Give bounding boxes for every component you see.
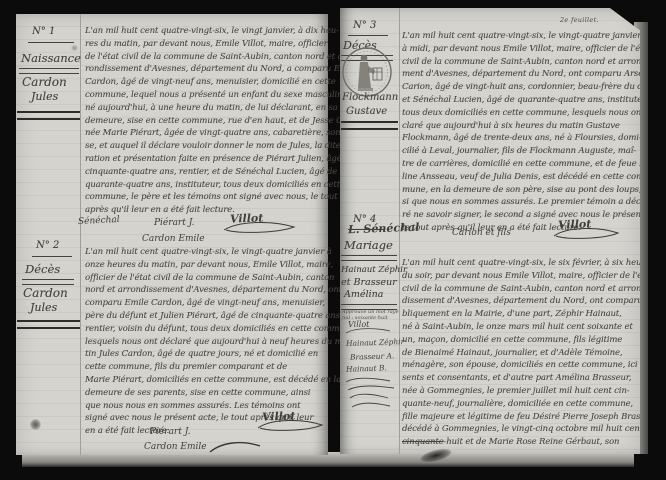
- act3-margin-number: N° 3: [353, 20, 376, 31]
- act1-number-underline: [28, 42, 74, 43]
- act-line: line Ansseau, veuf de Julia Denis, est d…: [402, 171, 638, 184]
- act3-signature-carion: Carion et fils: [452, 228, 511, 238]
- act-line: comparu Emile Cardon, âgé de vingt-neuf …: [85, 297, 327, 310]
- act-line: Carion, âgé de vingt-huit ans, cordonnie…: [402, 81, 638, 94]
- act4-margin-name2: et Brasseur: [341, 277, 397, 288]
- act4-margin-name1: Hainaut Zéphir: [341, 265, 407, 275]
- act-line: fille majeure et légitime de feu Désiré …: [402, 411, 638, 424]
- act4-margin-signature-hainaut-z: Hainaut Zéphir: [346, 337, 404, 348]
- act-line: civil de la commune de Saint-Aubin, cant…: [402, 56, 638, 69]
- right-page: 2e feuillet. N° 3 Décès Flockmann Gustav…: [340, 8, 640, 454]
- act-line: Cardon, âgé de vingt-neuf ans, menuisier…: [85, 76, 327, 89]
- act-line: nord et arrondissement d'Avesnes, départ…: [85, 284, 327, 297]
- act4-number-underline: [348, 229, 384, 230]
- act-line: lesquels nous ont déclaré que aujourd'hu…: [85, 336, 327, 349]
- signature-flourish-icon: [344, 328, 392, 336]
- act-line: tin Jules Cardon, âgé de quatre jours, n…: [85, 348, 327, 361]
- act2-number-underline: [32, 256, 72, 257]
- act4-margin-type: Mariage: [344, 238, 393, 252]
- act-line: et Sénéchal Lucien, âgé de quarante-quat…: [402, 94, 638, 107]
- act-line: claré que aujourd'hui à six heures du ma…: [402, 120, 638, 133]
- margin-column-rule: [80, 14, 81, 455]
- act-line: ment d'Avesnes, département du Nord, ont…: [402, 68, 638, 81]
- act4-text: L'an mil huit cent quatre-vingt-six, le …: [402, 257, 638, 436]
- act2-margin-closing-rule: [17, 320, 80, 329]
- act-line: ration et présentation faite en présence…: [85, 153, 327, 166]
- act-line: officier de l'état civil de la commune d…: [85, 272, 327, 285]
- act1-type-underline: [19, 68, 79, 74]
- act-line: Marie Piérart, domiciliés en cette commu…: [85, 374, 327, 387]
- act-line: père du défunt et Julien Piérart, âgé de…: [85, 310, 327, 323]
- left-page: N° 1 Naissance Cardon Jules L'an mil hui…: [16, 14, 328, 455]
- act3-margin-name1: Flockmann: [342, 92, 398, 103]
- act2-margin-type: Décès: [25, 262, 60, 276]
- act-line: mune, en la demeure de son père, sise au…: [402, 184, 638, 197]
- act-line: onze heures du matin, par devant nous, E…: [85, 259, 327, 272]
- act-line: demeure de ses parents, sise en cette co…: [85, 387, 327, 400]
- act1-margin-type: Naissance: [21, 51, 81, 65]
- act-line: cilié à Leval, journalier, fils de Flock…: [402, 145, 638, 158]
- act-line: sents et consentants, et d'autre part Am…: [402, 372, 638, 385]
- register-scan: N° 1 Naissance Cardon Jules L'an mil hui…: [0, 0, 666, 480]
- act-line: du soir, par devant nous Emile Villot, m…: [402, 270, 638, 283]
- act-line: Flockmann, âgé de trente-deux ans, né à …: [402, 132, 638, 145]
- act4-last-line-rest: -huit et de Marie Rose Reine Gérbaut, so…: [444, 437, 620, 447]
- pen-stroke: [208, 438, 262, 456]
- act1-signature-senechal: Sénéchal: [78, 215, 120, 227]
- signature-flourish-icon: [552, 228, 622, 240]
- act3-margin-name2: Gustave: [346, 106, 387, 117]
- act-line: décédé à Gommegnies, le vingt-cinq octob…: [402, 423, 638, 436]
- act1-margin-name1: Cardon: [22, 75, 67, 89]
- act2-signature-pierart: Piérart J.: [150, 427, 190, 437]
- act1-signature-cardon: Cardon Emile: [142, 234, 205, 244]
- act-line: tre de carrières, domicilié en cette com…: [402, 158, 638, 171]
- act-line: cette commune, fils du premier comparant…: [85, 361, 327, 374]
- act4-margin-signature-brasseur: Brasseur A.: [350, 351, 395, 362]
- act-line: commune, le père et les témoins ont sign…: [85, 191, 327, 204]
- act-line: bliquement en la Mairie, d'une part, Zép…: [402, 308, 638, 321]
- act4-margin-name3: Amélina: [344, 289, 383, 300]
- act-line: se, et auquel il déclare vouloir donner …: [85, 140, 327, 153]
- act1-text: L'an mil huit cent quatre-vingt-six, le …: [85, 25, 327, 217]
- act3-number-underline: [348, 35, 388, 36]
- signature-flourish-icon: [222, 222, 298, 234]
- act4-margin-signature-hainaut-b: Hainaut B.: [346, 363, 387, 373]
- act4-last-line: cinquante-huit et de Marie Rose Reine Gé…: [402, 436, 638, 449]
- act1-margin-name2: Jules: [31, 90, 58, 103]
- struck-word: cinquante: [402, 437, 444, 447]
- act-line: cinquante-quatre ans, rentier, et de Sén…: [85, 166, 327, 179]
- act-line: quante-neuf, journalière, domiciliée en …: [402, 398, 638, 411]
- act-line: L'an mil huit cent quatre-vingt-six, le …: [85, 246, 327, 259]
- act-line: dissement d'Avesnes, département du Nord…: [402, 295, 638, 308]
- act-line: civil de la commune de Saint-Aubin, cant…: [402, 283, 638, 296]
- act1-signature-pierart: Piérart J.: [154, 218, 194, 228]
- act4-type-underline: [341, 255, 397, 261]
- act-line: ménagère, son épouse, domiciliés en cett…: [402, 359, 638, 372]
- act2-signature-cardon: Cardon Emile: [144, 442, 207, 452]
- act-line: née Marie Piérart, âgée de vingt-quatre …: [85, 127, 327, 140]
- sheet-label: 2e feuillet.: [560, 16, 599, 24]
- act-line: né aujourd'hui, à une heure du matin, de…: [85, 102, 327, 115]
- act1-margin-closing-rule: [17, 111, 80, 120]
- act-line: si que nous en sommes assurés. Le premie…: [402, 196, 638, 209]
- act-line: de Bienaimé Hainaut, journalier, et d'Ad…: [402, 347, 638, 360]
- act-line: à midi, par devant nous Emile Villot, ma…: [402, 43, 638, 56]
- act-line: L'an mil huit cent quatre-vingt-six, le …: [402, 257, 638, 270]
- act-line: quarante-quatre ans, instituteur, tous d…: [85, 179, 327, 192]
- act-line: res du matin, par devant nous, Emile Vil…: [85, 38, 327, 51]
- act-line: un, maçon, domicilié en cette commune, f…: [402, 334, 638, 347]
- act-line: rondissement d'Avesnes, département du N…: [85, 63, 327, 76]
- act-line: tous deux domiciliés en cette commune, l…: [402, 107, 638, 120]
- act1-margin-number: N° 1: [32, 26, 55, 37]
- act-line: de l'état civil de la commune de Saint-A…: [85, 51, 327, 64]
- act2-margin-name2: Jules: [30, 301, 57, 314]
- act-line: L'an mil huit cent quatre-vingt-six, le …: [85, 25, 327, 38]
- act4-margin-number: N° 4: [353, 214, 376, 225]
- act-line: commune, lequel nous a présenté un enfan…: [85, 89, 327, 102]
- signature-flourish-icon: [256, 420, 326, 432]
- act3-text: L'an mil huit cent quatre-vingt-six, le …: [402, 30, 638, 235]
- paper-stain: [30, 419, 41, 430]
- act2-type-underline: [22, 279, 74, 285]
- act-line: après qu'il leur en a été fait lecture.: [85, 204, 327, 217]
- act-line: L'an mil huit cent quatre-vingt-six, le …: [402, 30, 638, 43]
- illegible-signatures: [344, 376, 398, 416]
- act3-margin-closing-rule: [341, 121, 398, 130]
- act-line: rentier, voisin du défunt, tous deux dom…: [85, 323, 327, 336]
- act2-margin-number: N° 2: [36, 240, 59, 251]
- act2-margin-name1: Cardon: [23, 286, 68, 300]
- act-line: ré ne savoir signer, le second a signé a…: [402, 209, 638, 222]
- act-line: demeure, sise en cette commune, rue d'en…: [85, 115, 327, 128]
- act-line: née à Gommegnies, le premier juillet mil…: [402, 385, 638, 398]
- act-line: né à Saint-Aubin, le onze mars mil huit …: [402, 321, 638, 334]
